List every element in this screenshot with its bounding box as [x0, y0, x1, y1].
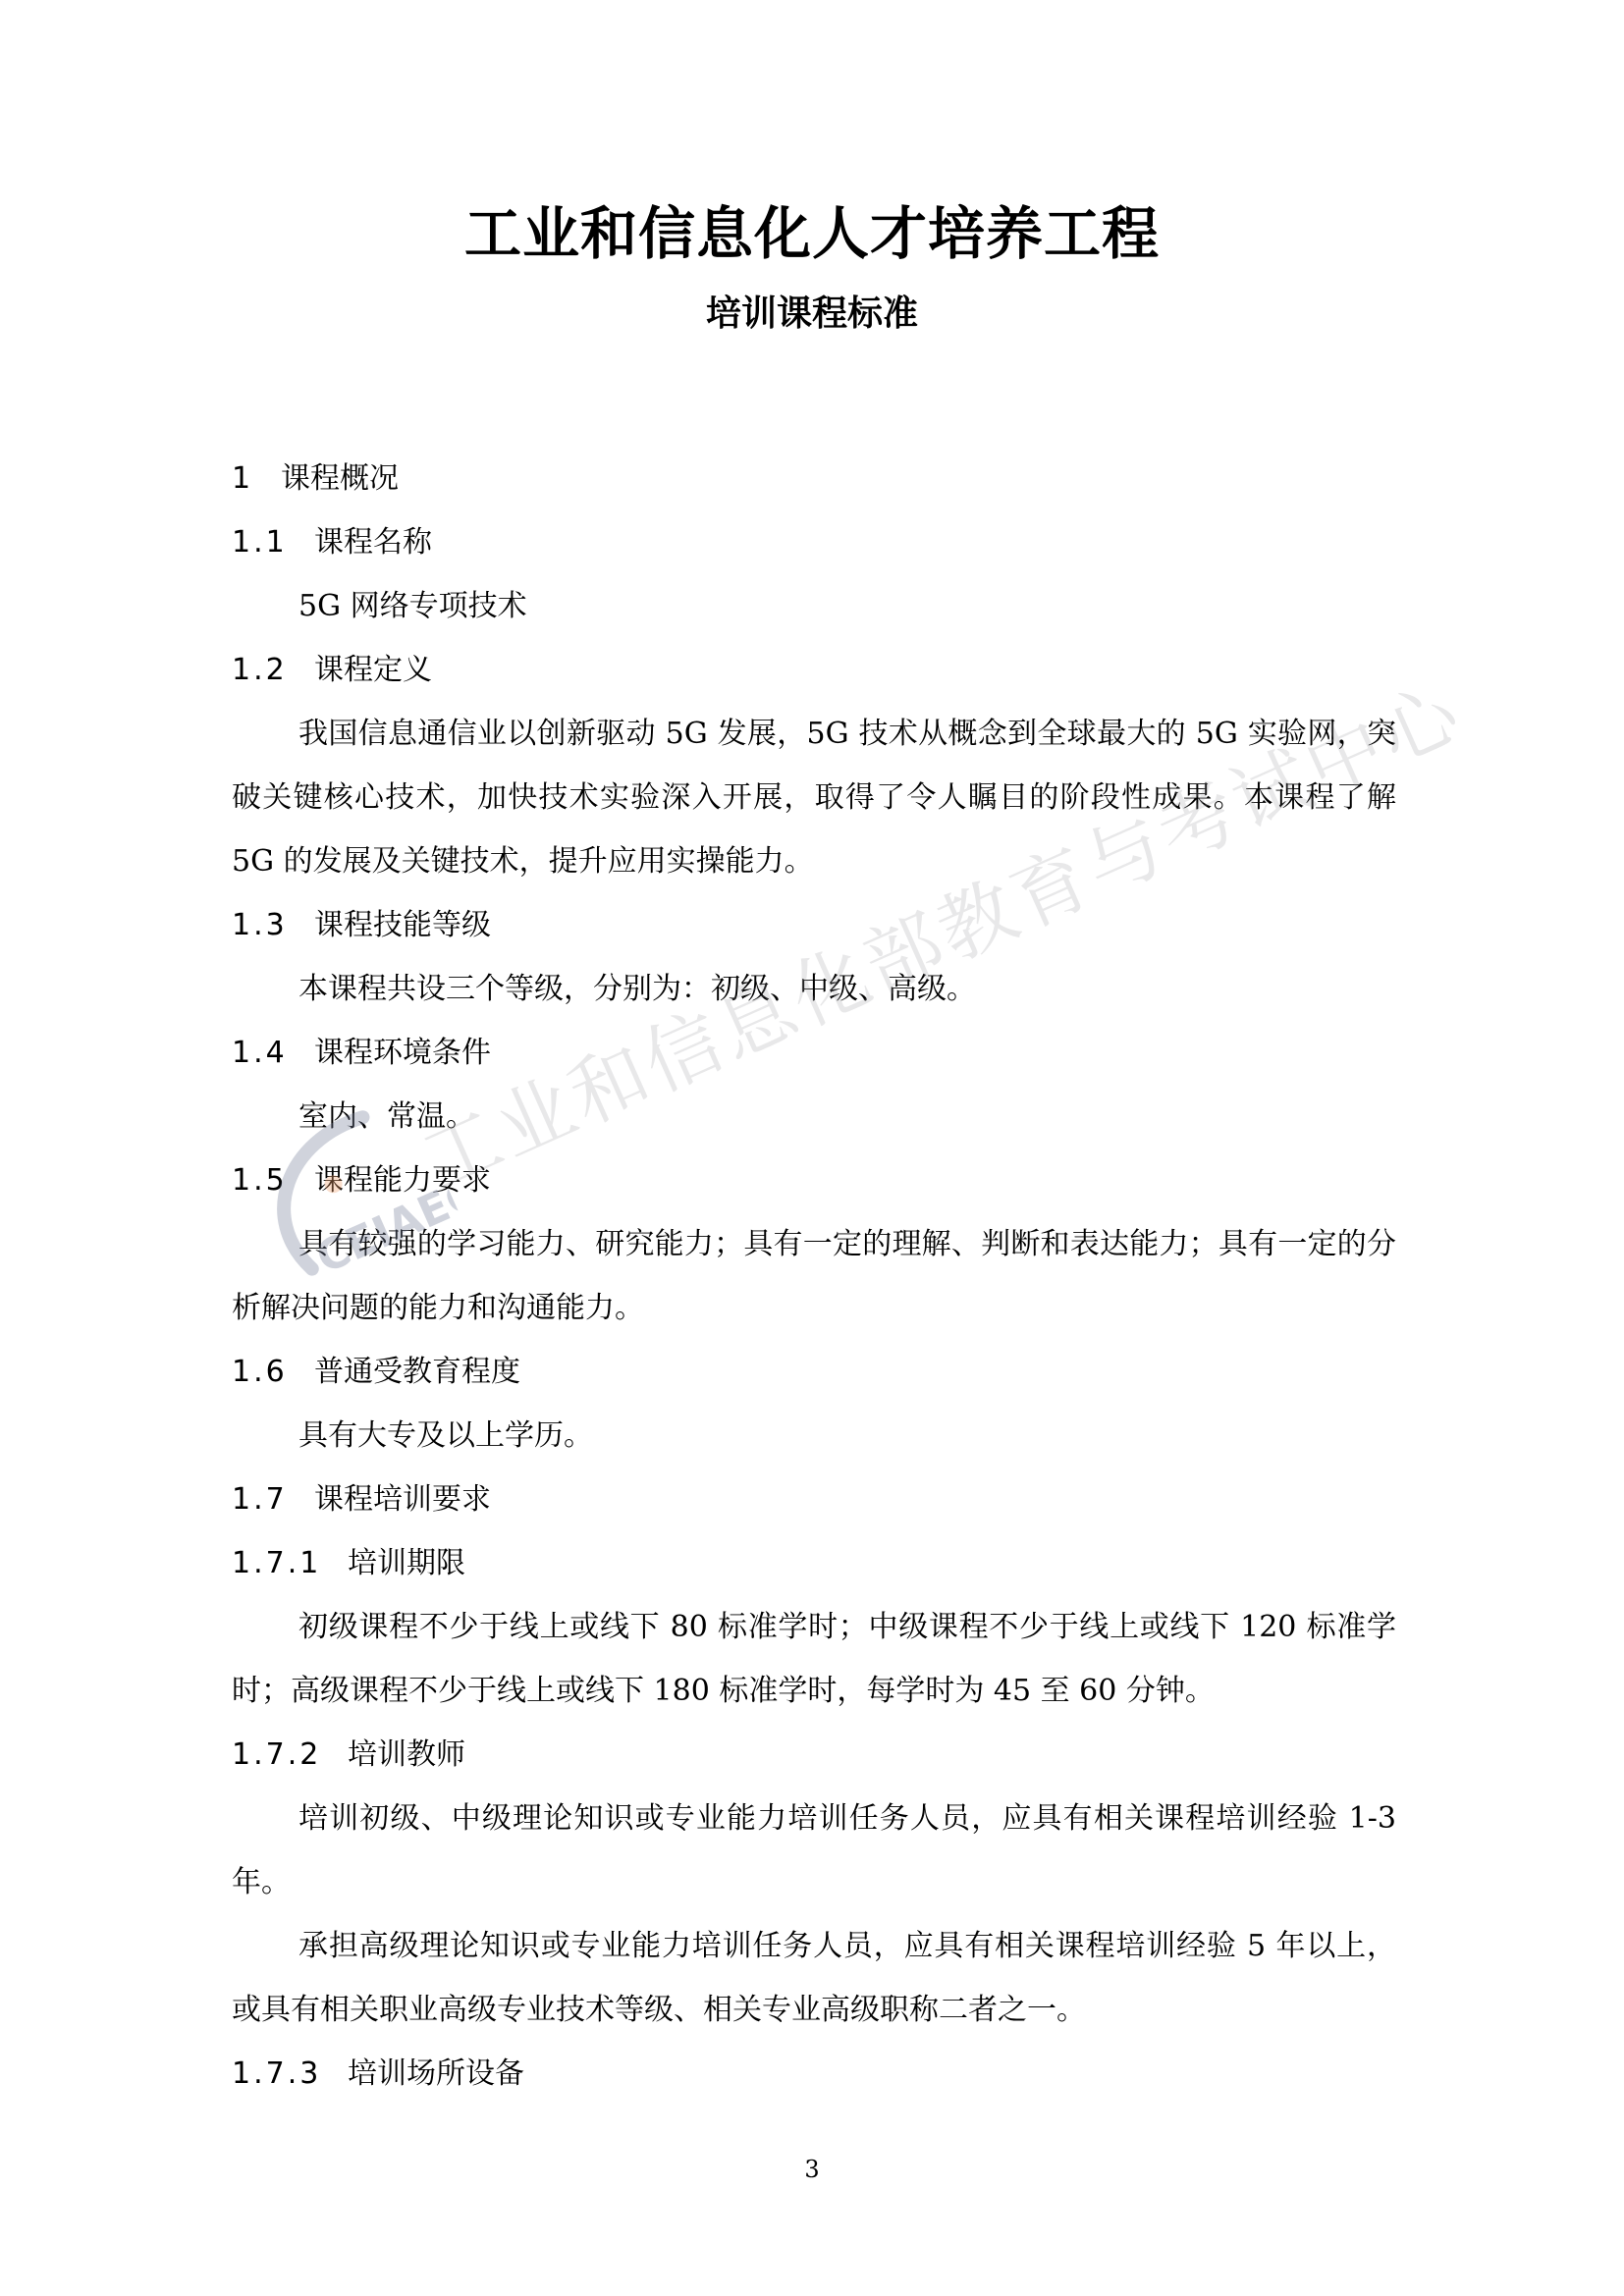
heading-1: 1课程概况	[232, 447, 1396, 510]
course-name-text: 5G 网络专项技术	[232, 574, 1396, 638]
training-period-paragraph: 初级课程不少于线上或线下 80 标准学时；中级课程不少于线上或线下 120 标准…	[232, 1595, 1396, 1723]
heading-number: 1.5	[232, 1148, 314, 1212]
heading-title: 培训场所设备	[348, 2056, 524, 2091]
heading-number: 1.7.2	[232, 1723, 348, 1787]
heading-1-5: 1.5课程能力要求	[232, 1148, 1396, 1212]
heading-1-4: 1.4课程环境条件	[232, 1021, 1396, 1085]
heading-1-6: 1.6普通受教育程度	[232, 1340, 1396, 1404]
heading-1-7-1: 1.7.1培训期限	[232, 1531, 1396, 1595]
document-page: 工业和信息化人才培养工程 培训课程标准 1课程概况 1.1课程名称 5G 网络专…	[0, 0, 1624, 2296]
heading-title: 课程能力要求	[314, 1163, 491, 1198]
heading-1-7-2: 1.7.2培训教师	[232, 1723, 1396, 1787]
heading-number: 1	[232, 447, 281, 510]
heading-title: 课程培训要求	[314, 1482, 491, 1517]
education-text: 具有大专及以上学历。	[232, 1404, 1396, 1468]
heading-1-7-3: 1.7.3培训场所设备	[232, 2042, 1396, 2106]
ability-requirements-paragraph: 具有较强的学习能力、研究能力；具有一定的理解、判断和表达能力；具有一定的分析解决…	[232, 1212, 1396, 1340]
heading-number: 1.7	[232, 1468, 314, 1531]
heading-number: 1.1	[232, 510, 314, 574]
heading-1-1: 1.1课程名称	[232, 510, 1396, 574]
trainer-paragraph-1: 培训初级、中级理论知识或专业能力培训任务人员，应具有相关课程培训经验 1-3 年…	[232, 1787, 1396, 1914]
heading-number: 1.2	[232, 638, 314, 702]
heading-number: 1.6	[232, 1340, 314, 1404]
heading-title: 普通受教育程度	[314, 1355, 520, 1389]
heading-number: 1.7.3	[232, 2042, 348, 2106]
heading-1-7: 1.7课程培训要求	[232, 1468, 1396, 1531]
heading-title: 课程技能等级	[314, 908, 491, 942]
heading-number: 1.7.1	[232, 1531, 348, 1595]
heading-1-3: 1.3课程技能等级	[232, 893, 1396, 957]
heading-title: 培训教师	[348, 1737, 465, 1772]
document-subtitle: 培训课程标准	[0, 290, 1624, 339]
heading-title: 课程名称	[314, 525, 432, 560]
course-definition-paragraph: 我国信息通信业以创新驱动 5G 发展，5G 技术从概念到全球最大的 5G 实验网…	[232, 702, 1396, 893]
heading-number: 1.3	[232, 893, 314, 957]
environment-text: 室内、常温。	[232, 1085, 1396, 1148]
heading-title: 课程定义	[314, 653, 432, 687]
document-title: 工业和信息化人才培养工程	[0, 199, 1624, 268]
heading-number: 1.4	[232, 1021, 314, 1085]
document-body: 1课程概况 1.1课程名称 5G 网络专项技术 1.2课程定义 我国信息通信业以…	[232, 447, 1396, 2106]
trainer-paragraph-2: 承担高级理论知识或专业能力培训任务人员，应具有相关课程培训经验 5 年以上，或具…	[232, 1914, 1396, 2042]
skill-levels-text: 本课程共设三个等级，分别为：初级、中级、高级。	[232, 957, 1396, 1021]
heading-title: 课程环境条件	[314, 1036, 491, 1070]
heading-title: 课程概况	[281, 461, 399, 496]
page-number: 3	[0, 2156, 1624, 2183]
heading-title: 培训期限	[348, 1546, 465, 1580]
heading-1-2: 1.2课程定义	[232, 638, 1396, 702]
